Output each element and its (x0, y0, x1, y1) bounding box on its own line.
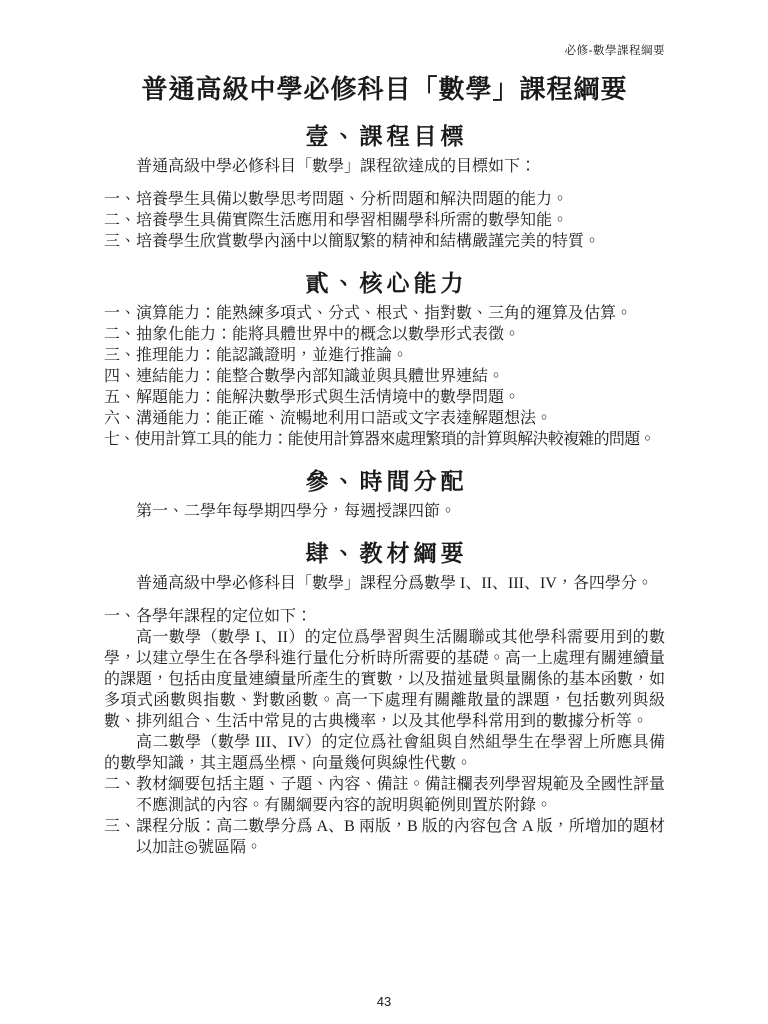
heading-course-goals: 壹、課程目標 (104, 123, 665, 151)
heading-time-allocation: 參、時間分配 (104, 468, 665, 496)
material-item-1-paragraph-2: 高二數學（數學 III、IV）的定位爲社會組與自然組學生在學習上所應具備的數學知… (104, 732, 665, 774)
competency-item-5: 五、解題能力：能解決數學形式與生活情境中的數學問題。 (104, 387, 665, 408)
material-item-2: 二、教材綱要包括主題、子題、內容、備註。備註欄表列學習規範及全國性評量不應測試的… (104, 774, 665, 816)
competency-item-6: 六、溝通能力：能正確、流暢地利用口語或文字表達解題想法。 (104, 408, 665, 429)
material-item-3: 三、課程分版：高二數學分爲 A、B 兩版，B 版的內容包含 A 版，所增加的題材… (104, 816, 665, 858)
course-goals-intro: 普通高級中學必修科目「數學」課程欲達成的目標如下： (104, 156, 665, 177)
document-page: 必修-數學課程綱要 普通高級中學必修科目「數學」課程綱要 壹、課程目標 普通高級… (0, 0, 768, 1024)
spacer (104, 594, 665, 606)
spacer (104, 177, 665, 189)
goal-item-1: 一、培養學生具備以數學思考問題、分析問題和解決問題的能力。 (104, 189, 665, 210)
running-header: 必修-數學課程綱要 (104, 44, 665, 58)
heading-material-outline: 肆、教材綱要 (104, 540, 665, 568)
time-allocation-body: 第一、二學年每學期四學分，每週授課四節。 (104, 501, 665, 522)
goal-item-2: 二、培養學生具備實際生活應用和學習相關學科所需的數學知能。 (104, 210, 665, 231)
material-item-1-label: 一、各學年課程的定位如下： (104, 606, 665, 627)
competency-item-7: 七、使用計算工具的能力：能使用計算器來處理繁瑣的計算與解決較複雜的問題。 (104, 429, 665, 450)
document-title: 普通高級中學必修科目「數學」課程綱要 (104, 74, 665, 105)
material-outline-intro: 普通高級中學必修科目「數學」課程分爲數學 I、II、III、IV，各四學分。 (104, 573, 665, 594)
material-item-1-paragraph-1: 高一數學（數學 I、II）的定位爲學習與生活關聯或其他學科需要用到的數學，以建立… (104, 627, 665, 732)
goal-item-3: 三、培養學生欣賞數學內涵中以簡馭繁的精神和結構嚴謹完美的特質。 (104, 231, 665, 252)
competency-item-1: 一、演算能力：能熟練多項式、分式、根式、指對數、三角的運算及估算。 (104, 303, 665, 324)
competency-item-2: 二、抽象化能力：能將具體世界中的概念以數學形式表徵。 (104, 324, 665, 345)
heading-core-competencies: 貳、核心能力 (104, 270, 665, 298)
page-number: 43 (0, 994, 768, 1010)
competency-item-3: 三、推理能力：能認識證明，並進行推論。 (104, 345, 665, 366)
competency-item-4: 四、連結能力：能整合數學內部知識並與具體世界連結。 (104, 366, 665, 387)
